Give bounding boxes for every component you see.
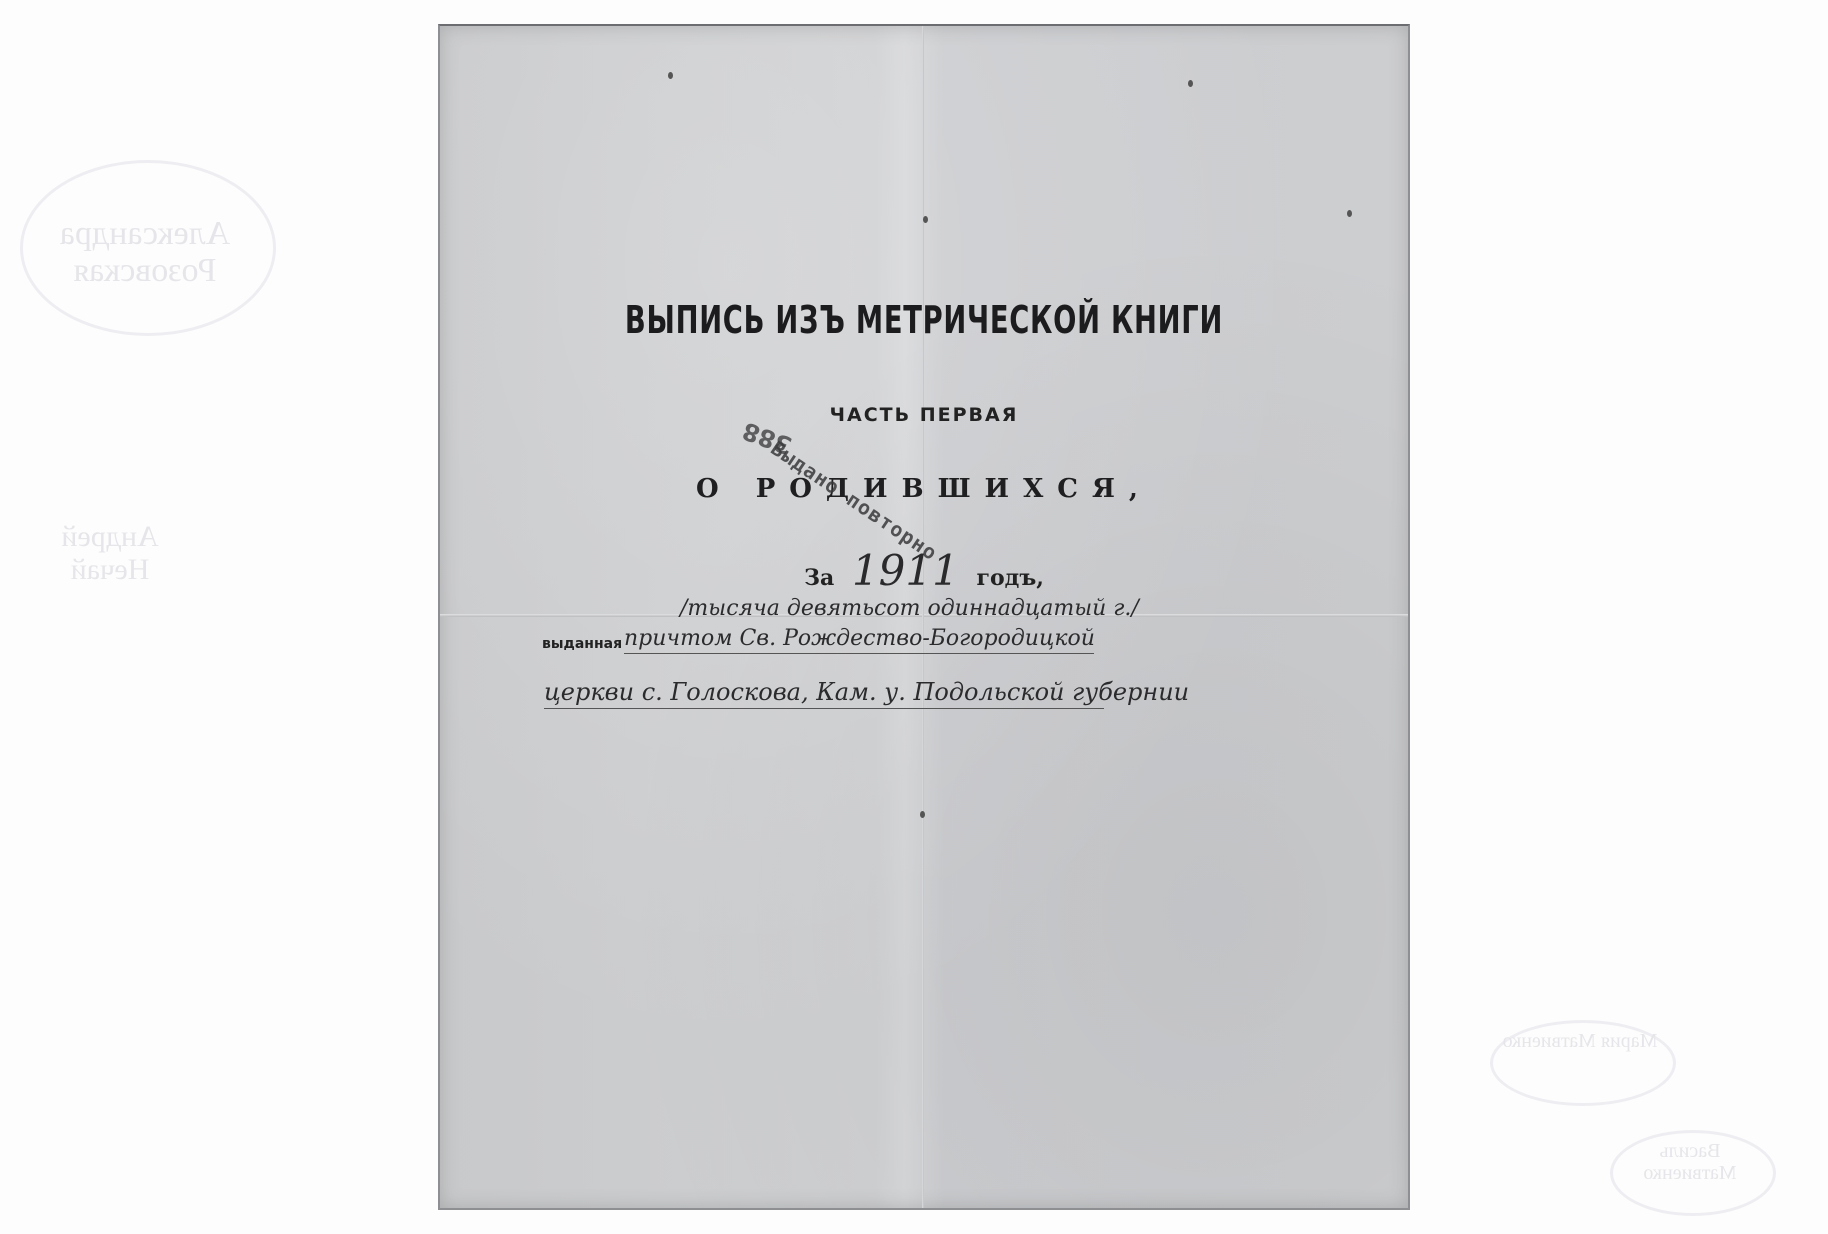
year-line: За 1911 годъ, — [440, 546, 1408, 595]
year-in-words: /тысяча девятьсот одиннадцатый г./ — [680, 596, 1139, 621]
document-title: ВЫПИСЬ ИЗЪ МЕТРИЧЕСКОЙ КНИГИ — [576, 298, 1273, 342]
paper-speck — [920, 811, 925, 818]
paper-speck — [1347, 210, 1352, 217]
ghost-label: Мария Матвиенко — [1495, 1030, 1665, 1052]
document-section: О РОДИВШИХСЯ, — [440, 474, 1408, 504]
paper-speck — [668, 72, 673, 79]
year-prefix: За — [804, 565, 834, 591]
ghost-label: Александра Розовская — [30, 215, 260, 290]
document-part: ЧАСТЬ ПЕРВАЯ — [440, 404, 1408, 426]
issued-label: выданная — [542, 636, 622, 652]
ghost-label: Василь Матвиенко — [1615, 1140, 1765, 1184]
year-suffix: годъ, — [977, 565, 1044, 591]
issued-by-line-2: церкви с. Голоскова, Кам. у. Подольской … — [544, 678, 1104, 709]
ghost-label: Андрей Нечай — [30, 520, 190, 586]
year-handwritten: 1911 — [852, 546, 959, 595]
certificate-sheet: ВЫПИСЬ ИЗЪ МЕТРИЧЕСКОЙ КНИГИ ЧАСТЬ ПЕРВА… — [438, 24, 1410, 1210]
paper-speck — [923, 216, 928, 223]
issued-by-line-1: причтом Св. Рождество-Богородицкой — [624, 626, 1094, 654]
paper-speck — [1188, 80, 1193, 87]
